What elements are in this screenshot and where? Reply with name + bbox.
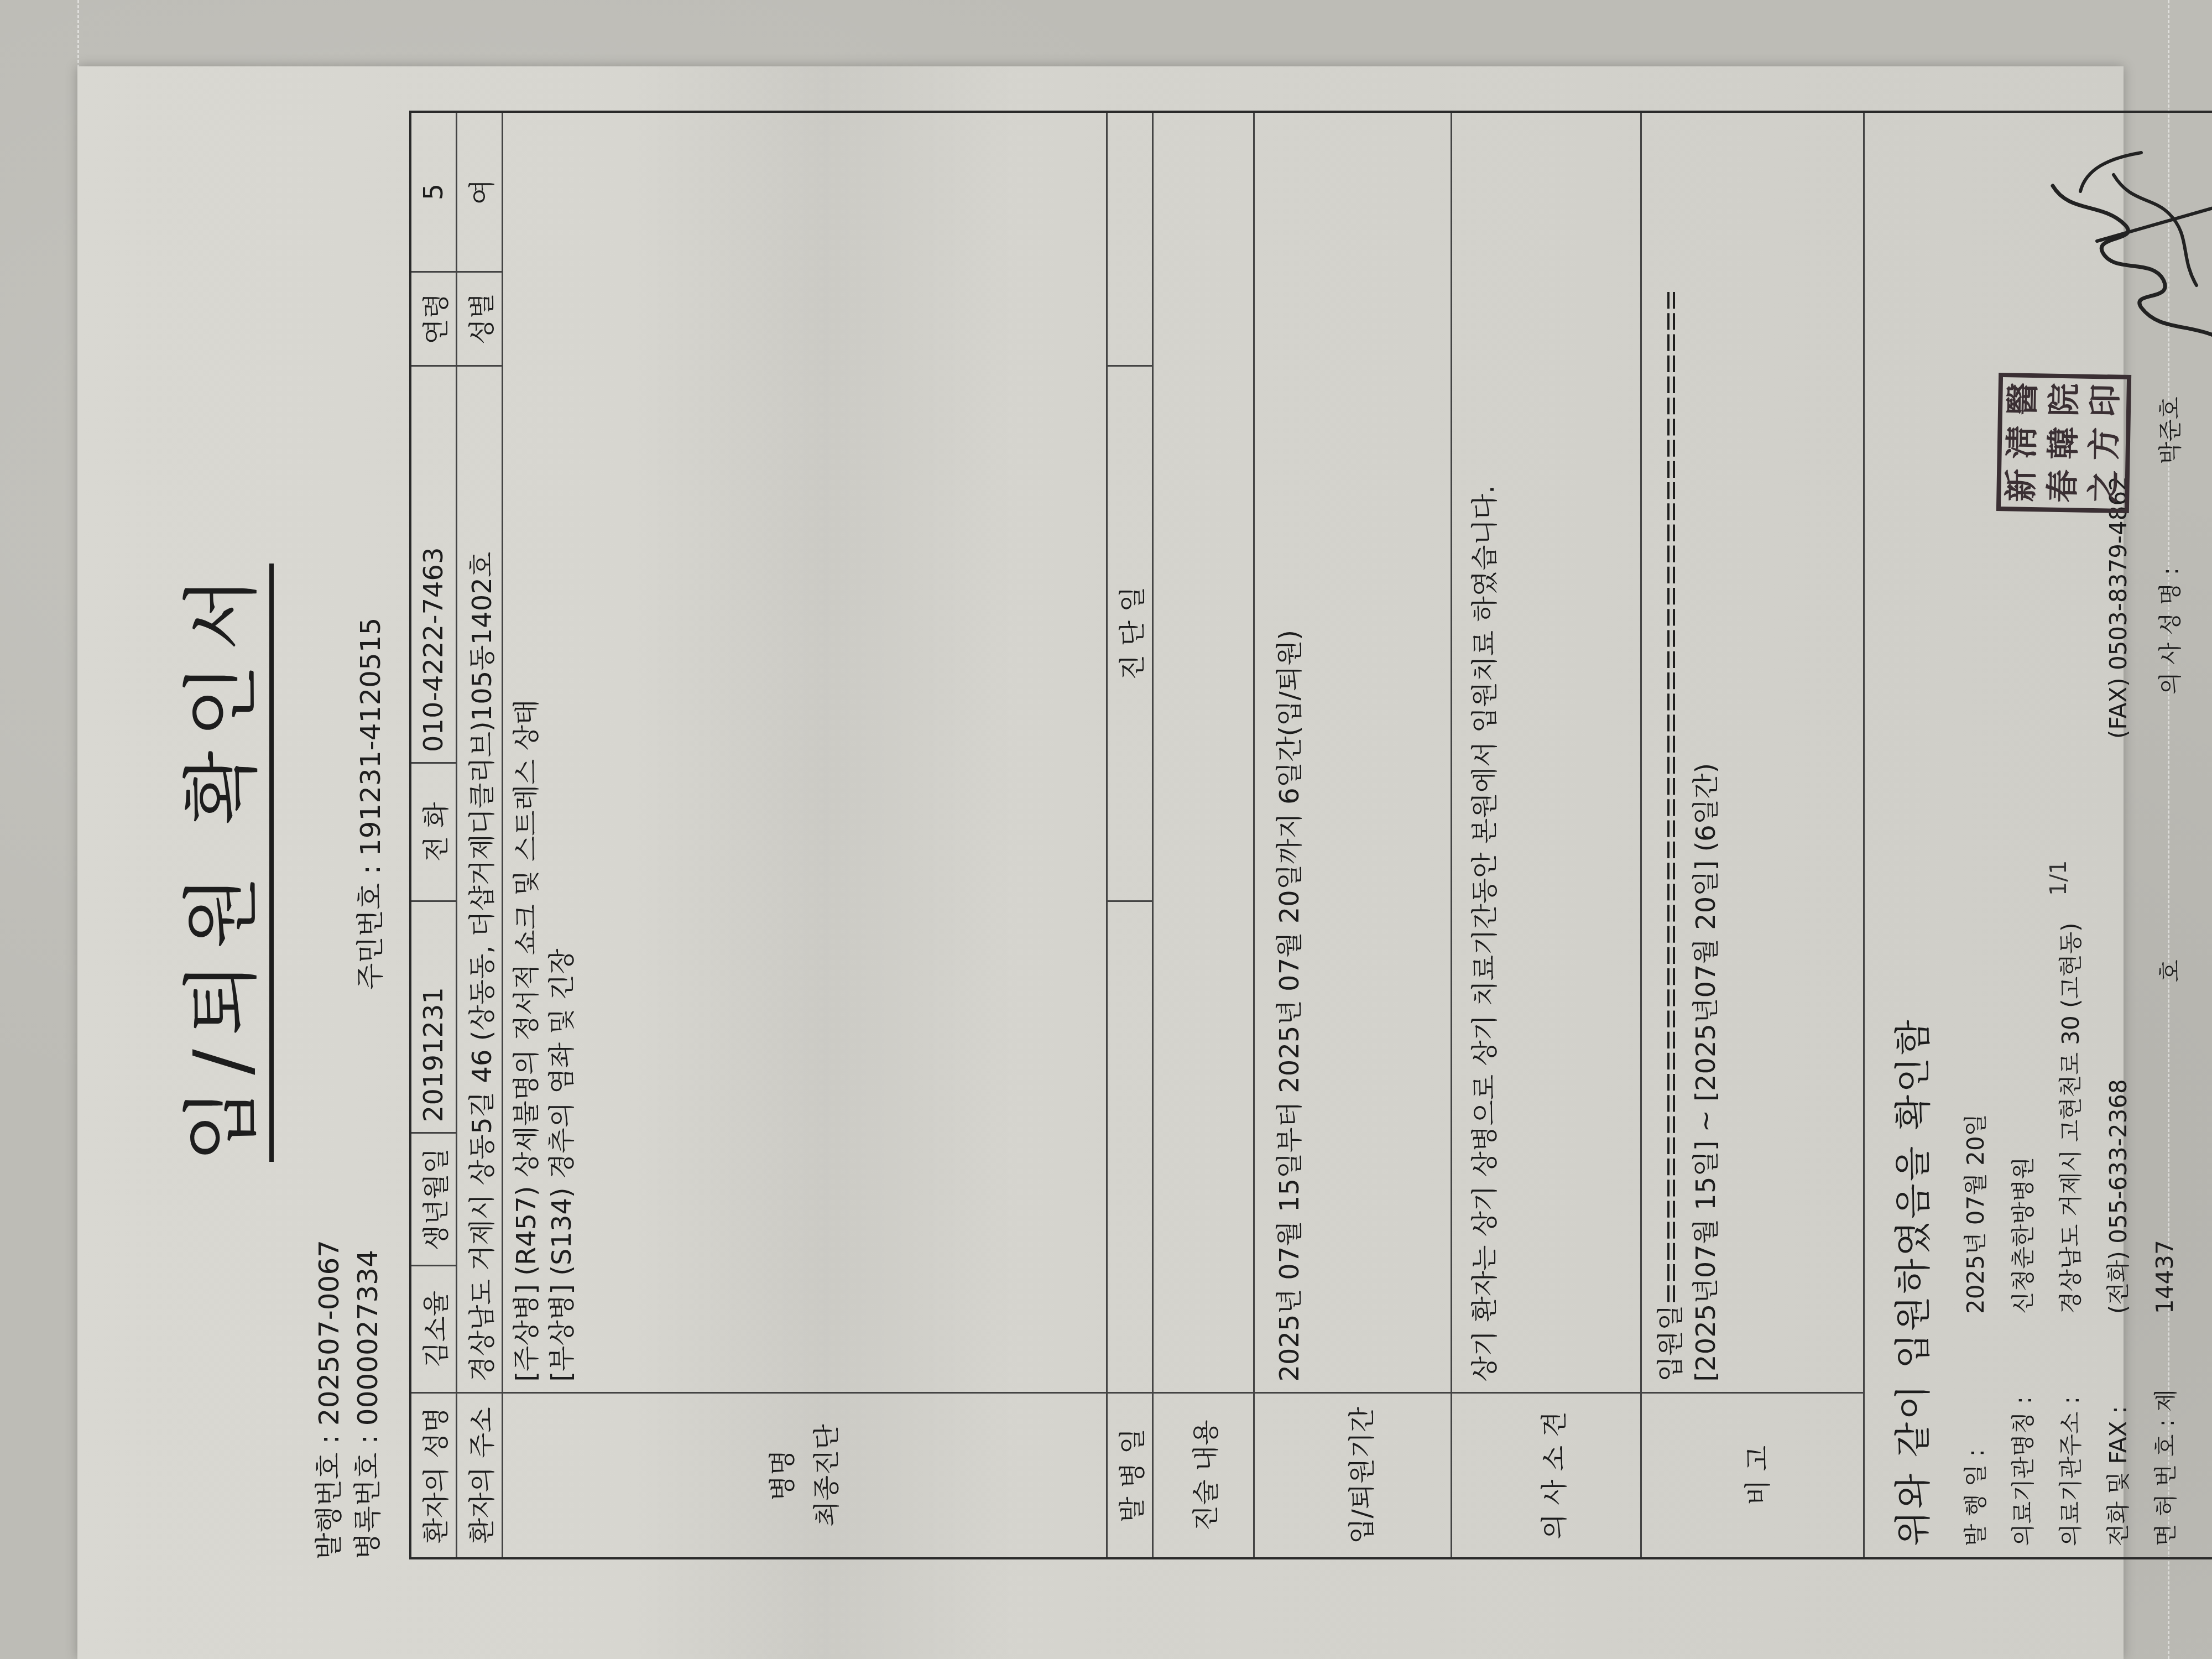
sex-label: 성별 <box>457 272 503 366</box>
doctor-name-label: 의 사 성 명 : <box>2157 567 2184 695</box>
hospital-address-label: 의료기관주소 : <box>2053 1314 2086 1546</box>
page-number: 1/1 <box>2046 860 2072 896</box>
hospital-address-value: 경상남도 거제시 고현천로 30 (고현동) <box>2053 922 2086 1314</box>
phone-label: 전 화 <box>410 763 457 901</box>
seal-glyph: 新 <box>2001 463 2043 507</box>
seal-glyph: 韓 <box>2043 421 2085 465</box>
address-value: 경상남도 거제시 상동5길 46 (상동동, 더샵거제디클리브)105동1402… <box>457 366 503 1392</box>
remarks-fill: ========================================… <box>1655 290 1686 1305</box>
certificate-form-table: 환자의 성명 김소율 생년월일 20191231 전 화 010-4222-74… <box>409 111 2212 1559</box>
diagnosis-label-top: 병명 <box>760 1404 805 1547</box>
patient-name-label: 환자의 성명 <box>410 1392 457 1558</box>
issue-date-value: 2025년 07월 20일 <box>1958 1114 1991 1314</box>
certificate-paper: 입/퇴원 확인서 발행번호 : 202507-0067 병록번호 : 00000… <box>77 66 2124 1659</box>
age-label: 연령 <box>410 272 457 366</box>
patient-name: 김소율 <box>410 1266 457 1393</box>
onset-value <box>1107 901 1153 1392</box>
remarks-value: 입원일=====================================… <box>1641 112 1864 1392</box>
title-text: 입/퇴원 확인서 <box>177 564 274 1162</box>
period-label: 입/퇴원기간 <box>1254 1392 1452 1558</box>
opinion-row: 의 사 소 견 상기 환자는 상기 상병으로 상기 치료기간동안 본원에서 입원… <box>1452 112 1641 1558</box>
patient-row-2: 환자의 주소 경상남도 거제시 상동5길 46 (상동동, 더샵거제디클리브)1… <box>457 112 503 1558</box>
hospital-phone-value: (전화) 055-633-2368 <box>2100 1079 2133 1314</box>
seal-glyph: 之 <box>2083 465 2125 509</box>
sex-value: 여 <box>457 112 503 272</box>
hospital-name-value: 신청춘한방병원 <box>2005 1157 2038 1314</box>
remarks-row: 비 고 입원일=================================… <box>1641 112 1864 1558</box>
seal-glyph: 印 <box>2085 379 2127 422</box>
opinion-label: 의 사 소 견 <box>1452 1392 1641 1558</box>
phone-fax-label: 전화 및 FAX : <box>2100 1314 2133 1546</box>
period-row: 입/퇴원기간 2025년 07월 15일부터 2025년 07월 20일까지 6… <box>1254 112 1452 1558</box>
seal-glyph: 方 <box>2084 422 2126 466</box>
rrn-label: 주민번호 <box>354 883 387 990</box>
primary-diagnosis: [주상병] (R457) 상세불명의 정서적 쇼크 및 스트레스 상태 <box>509 123 544 1382</box>
seal-glyph: 淸 <box>2001 420 2043 464</box>
chart-number-label: 병록번호 <box>352 1453 384 1559</box>
opinion-value: 상기 환자는 상기 상병으로 상기 치료기간동안 본원에서 입원치료 하였습니다… <box>1452 112 1641 1392</box>
secondary-diagnosis: [부상병] (S134) 경추의 염좌 및 긴장 <box>544 123 580 1382</box>
seal-glyph: 院 <box>2043 378 2085 421</box>
document-title: 입/퇴원 확인서 <box>160 66 270 1659</box>
hospital-seal: 新 淸 醫 春 韓 院 之 方 印 <box>1996 373 2131 513</box>
certification-row: 위와 같이 입원하였음을 확인함 발 행 일 : 2025년 07월 20일 의… <box>1864 112 2212 1558</box>
seal-glyph: 春 <box>2042 464 2084 508</box>
dob-value: 20191231 <box>410 901 457 1133</box>
period-value: 2025년 07월 15일부터 2025년 07월 20일까지 6일간(입/퇴원… <box>1254 112 1452 1392</box>
certification-statement: 위와 같이 입원하였음을 확인함 <box>1884 124 1936 1546</box>
license-number: 14437 <box>2151 1240 2178 1314</box>
statement-label: 진술 내용 <box>1153 1392 1254 1558</box>
hospital-fax-value: (FAX) 0503-8379-4862 <box>2105 476 2132 739</box>
doctor-name-value: 박준호 <box>2157 397 2184 465</box>
age-value: 5 <box>410 112 457 272</box>
license-suffix: 호 <box>2152 959 2185 982</box>
onset-label: 발 병 일 <box>1107 1392 1153 1558</box>
rrn-value: 191231-4120515 <box>354 618 387 857</box>
statement-row: 진술 내용 <box>1153 112 1254 1558</box>
diagnosis-row: 병명 최종진단 [주상병] (R457) 상세불명의 정서적 쇼크 및 스트레스… <box>503 112 1107 1558</box>
phone-value: 010-4222-7463 <box>410 366 457 763</box>
patient-row-1: 환자의 성명 김소율 생년월일 20191231 전 화 010-4222-74… <box>410 112 457 1558</box>
certification-block: 위와 같이 입원하였음을 확인함 발 행 일 : 2025년 07월 20일 의… <box>1864 112 2212 1558</box>
diagnosis-date-value <box>1107 112 1153 366</box>
rrn: 주민번호 : 191231-4120515 <box>348 618 388 990</box>
doctor-signature <box>2031 136 2212 368</box>
admission-date-label: 입원일 <box>1655 1305 1686 1382</box>
diagnosis-text: [주상병] (R457) 상세불명의 정서적 쇼크 및 스트레스 상태 [부상병… <box>503 112 1107 1392</box>
dob-label: 생년월일 <box>410 1133 457 1266</box>
document-meta: 발행번호 : 202507-0067 병록번호 : 0000027334 <box>310 1240 387 1559</box>
license-label: 면 허 번 호 : 제 <box>2148 1314 2181 1546</box>
admission-range: [2025년07월 15일] ~ [2025년07월 20일] (6일간) <box>1688 123 1724 1382</box>
diagnosis-date-label: 진 단 일 <box>1107 366 1153 901</box>
hospital-name-label: 의료기관명칭 : <box>2005 1314 2038 1546</box>
remarks-label: 비 고 <box>1641 1392 1864 1558</box>
seal-glyph: 醫 <box>2002 377 2044 421</box>
issue-date-line: 발 행 일 : 2025년 07월 20일 <box>1950 124 1998 1546</box>
doctor-name-line: 의 사 성 명 : 박준호 <box>2152 397 2185 695</box>
issue-date-label: 발 행 일 : <box>1958 1314 1991 1546</box>
address-label: 환자의 주소 <box>457 1392 503 1558</box>
statement-value <box>1153 112 1254 1392</box>
issue-number: 202507-0067 <box>313 1240 345 1426</box>
chart-number: 0000027334 <box>352 1250 384 1426</box>
diagnosis-label-bottom: 최종진단 <box>805 1404 849 1547</box>
onset-row: 발 병 일 진 단 일 <box>1107 112 1153 1558</box>
issue-number-label: 발행번호 <box>313 1453 345 1559</box>
diagnosis-label: 병명 최종진단 <box>503 1392 1107 1558</box>
